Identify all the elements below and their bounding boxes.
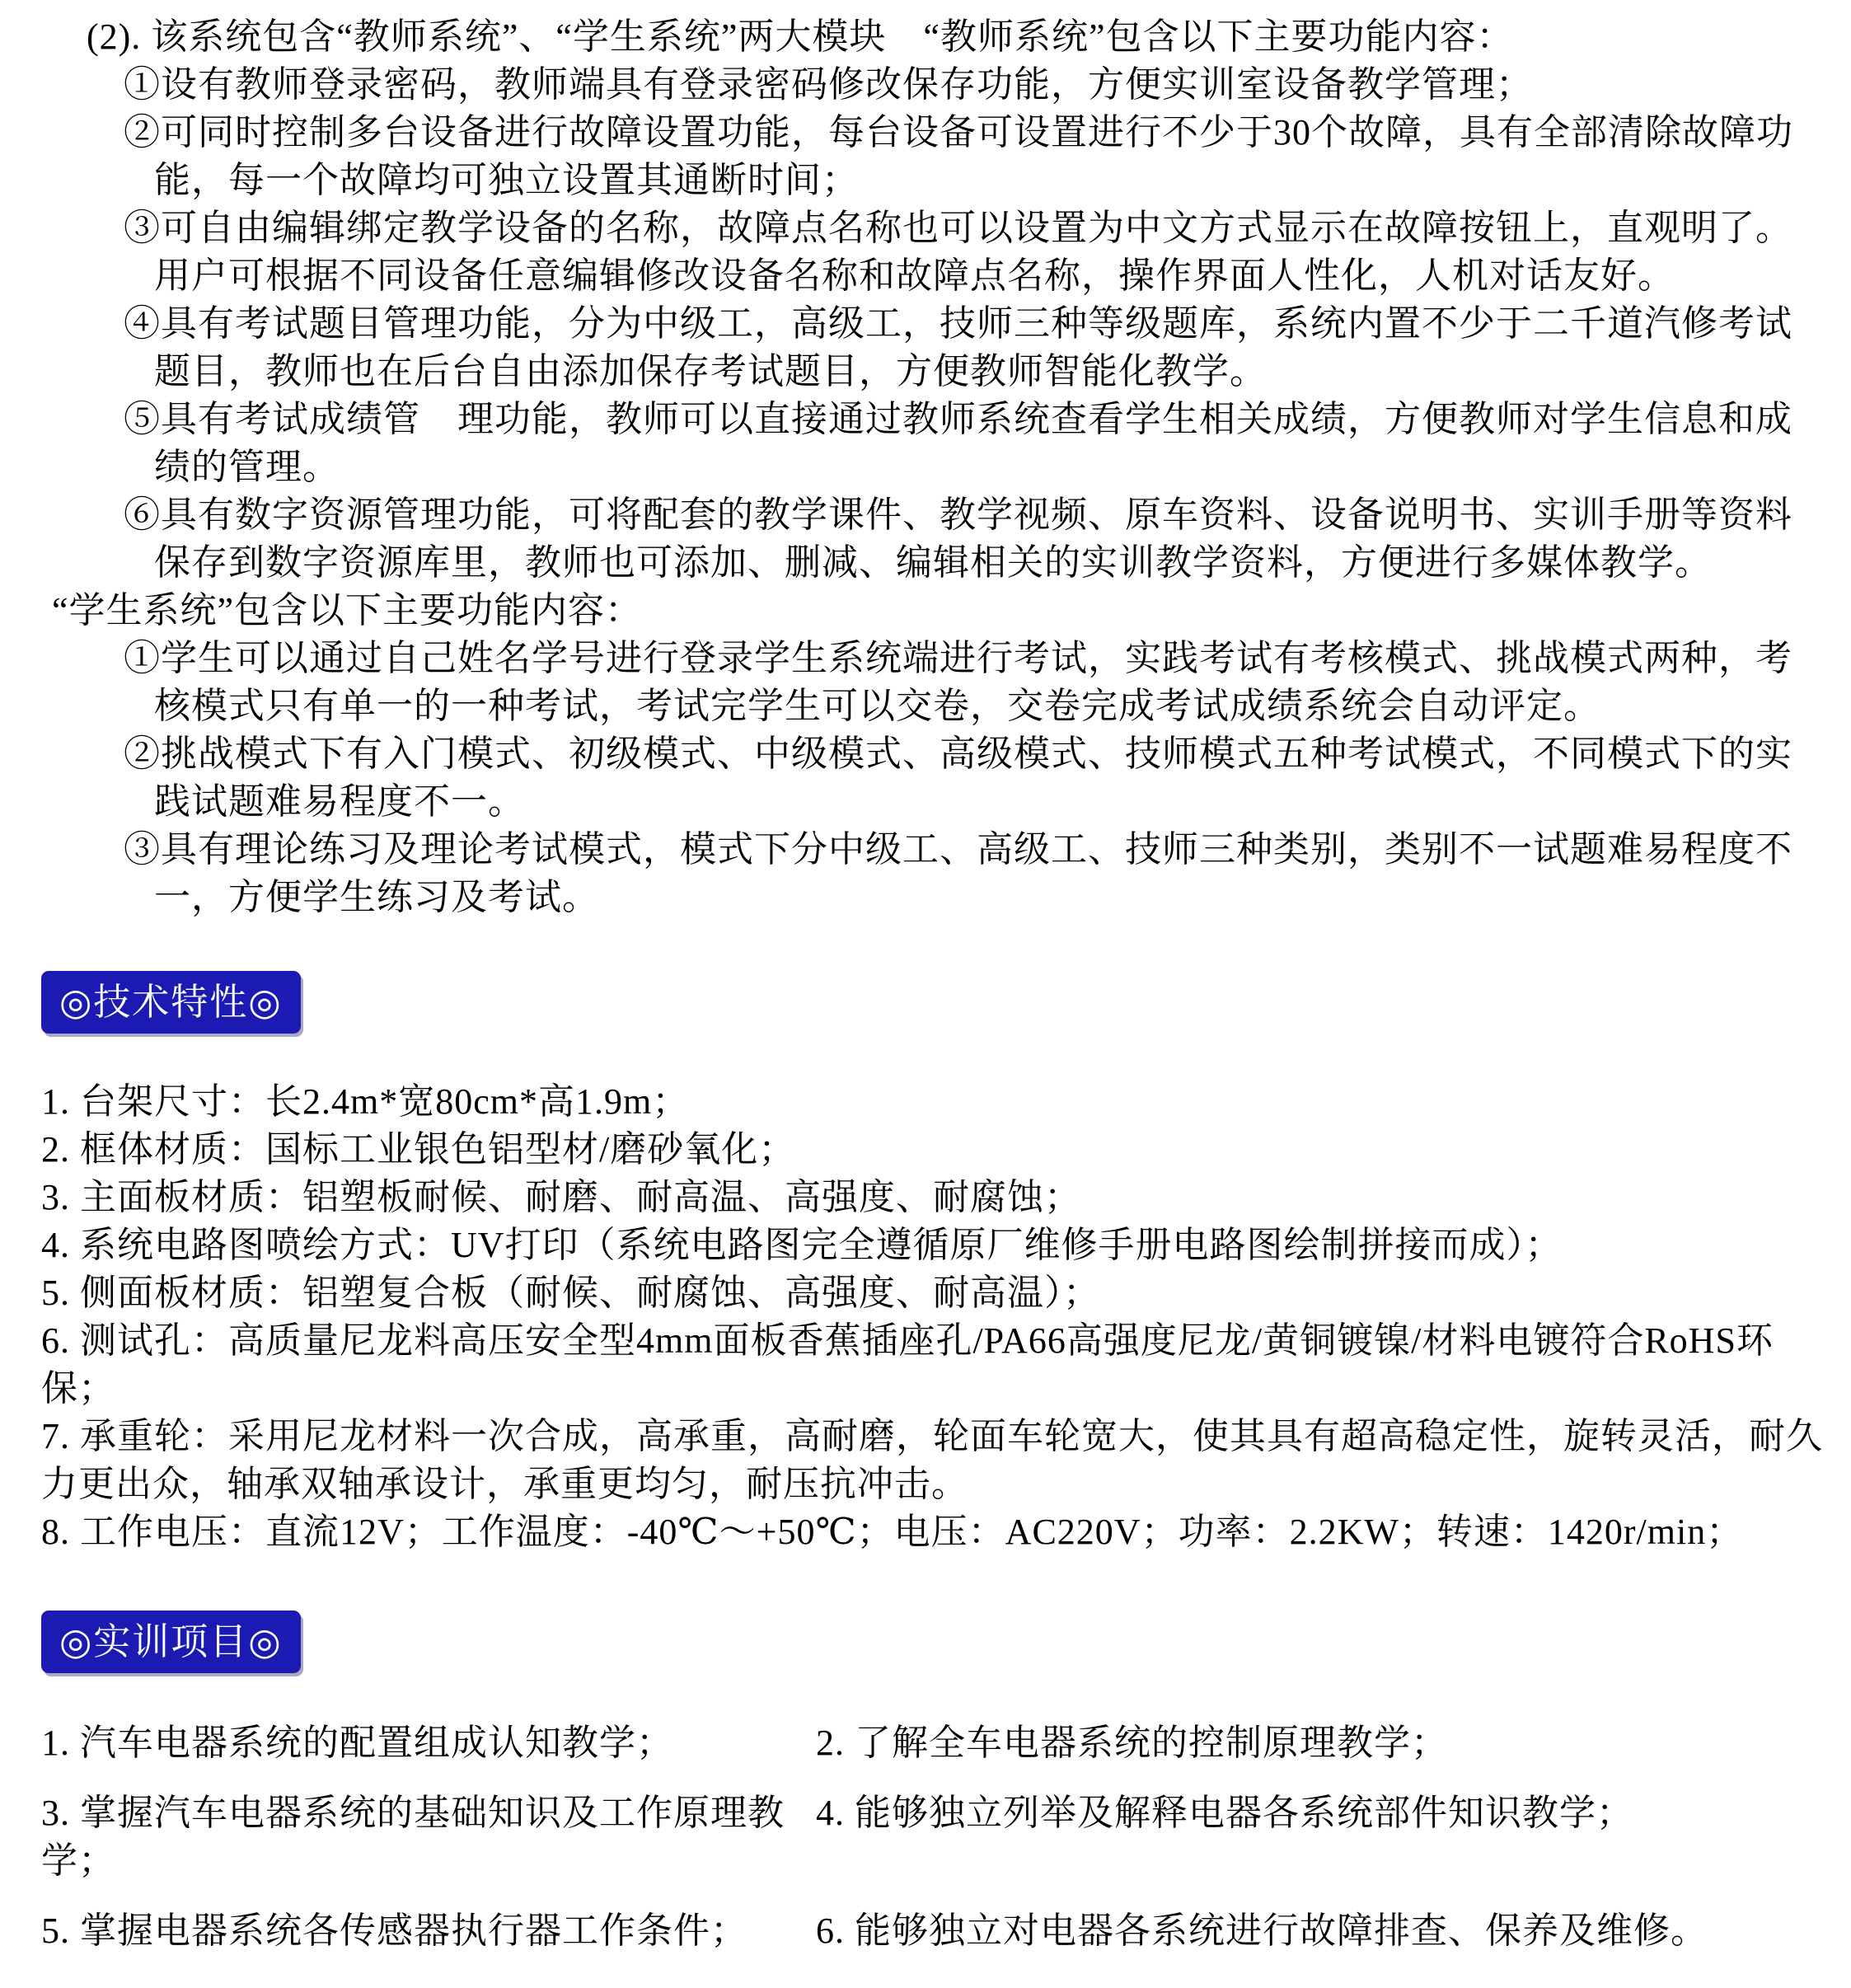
teacher-feature-item-2: ②可同时控制多台设备进行故障设置功能，每台设备可设置进行不少于30个故障，具有全… (41, 109, 1823, 204)
training-item-1: 1. 汽车电器系统的配置组成认知教学； (41, 1719, 816, 1767)
tech-spec-item-1: 1. 台架尺寸：长2.4m*宽80cm*高1.9m； (41, 1078, 1823, 1126)
tech-spec-item-6: 6. 测试孔：高质量尼龙料高压安全型4mm面板香蕉插座孔/PA66高强度尼龙/黄… (41, 1317, 1823, 1413)
student-feature-item-3: ③具有理论练习及理论考试模式，模式下分中级工、高级工、技师三种类别，类别不一试题… (41, 826, 1823, 921)
tech-spec-list: 1. 台架尺寸：长2.4m*宽80cm*高1.9m； 2. 框体材质：国标工业银… (41, 1078, 1823, 1556)
teacher-feature-item-3: ③可自由编辑绑定教学设备的名称，故障点名称也可以设置为中文方式显示在故障按钮上，… (41, 204, 1823, 300)
teacher-feature-item-4: ④具有考试题目管理功能，分为中级工，高级工，技师三种等级题库，系统内置不少于二千… (41, 300, 1823, 396)
document-page: (2). 该系统包含“教师系统”、“学生系统”两大模块 “教师系统”包含以下主要… (0, 0, 1851, 1988)
student-feature-item-1: ①学生可以通过自己姓名学号进行登录学生系统端进行考试，实践考试有考核模式、挑战模… (41, 635, 1823, 730)
teacher-feature-item-6: ⑥具有数字资源管理功能，可将配套的教学课件、教学视频、原车资料、设备说明书、实训… (41, 491, 1823, 587)
training-item-3: 3. 掌握汽车电器系统的基础知识及工作原理教学； (41, 1789, 816, 1885)
teacher-system-header: (2). 该系统包含“教师系统”、“学生系统”两大模块 “教师系统”包含以下主要… (87, 13, 1823, 61)
teacher-feature-item-5: ⑤具有考试成绩管 理功能，教师可以直接通过教师系统查看学生相关成绩，方便教师对学… (41, 396, 1823, 491)
student-system-section: “学生系统”包含以下主要功能内容： ①学生可以通过自己姓名学号进行登录学生系统端… (41, 587, 1823, 921)
tech-spec-item-2: 2. 框体材质：国标工业银色铝型材/磨砂氧化； (41, 1126, 1823, 1174)
training-item-4: 4. 能够独立列举及解释电器各系统部件知识教学； (816, 1789, 1823, 1885)
training-item-2: 2. 了解全车电器系统的控制原理教学； (816, 1719, 1823, 1767)
teacher-feature-item-1: ①设有教师登录密码，教师端具有登录密码修改保存功能，方便实训室设备教学管理； (41, 61, 1823, 109)
tech-spec-item-8: 8. 工作电压：直流12V；工作温度：-40℃～+50℃；电压：AC220V；功… (41, 1508, 1823, 1556)
teacher-system-section: (2). 该系统包含“教师系统”、“学生系统”两大模块 “教师系统”包含以下主要… (41, 13, 1823, 587)
training-projects-title-badge: ◎实训项目◎ (41, 1611, 301, 1673)
tech-spec-item-5: 5. 侧面板材质：铝塑复合板（耐候、耐腐蚀、高强度、耐高温）； (41, 1269, 1823, 1317)
training-item-5: 5. 掌握电器系统各传感器执行器工作条件； (41, 1907, 816, 1955)
tech-features-title-badge: ◎技术特性◎ (41, 971, 301, 1034)
student-system-header: “学生系统”包含以下主要功能内容： (52, 587, 1823, 635)
tech-spec-item-7: 7. 承重轮：采用尼龙材料一次合成，高承重，高耐磨，轮面车轮宽大，使其具有超高稳… (41, 1413, 1823, 1508)
tech-spec-item-4: 4. 系统电路图喷绘方式：UV打印（系统电路图完全遵循原厂维修手册电路图绘制拼接… (41, 1221, 1823, 1269)
training-item-6: 6. 能够独立对电器各系统进行故障排查、保养及维修。 (816, 1907, 1823, 1955)
tech-spec-item-3: 3. 主面板材质：铝塑板耐候、耐磨、耐高温、高强度、耐腐蚀； (41, 1174, 1823, 1221)
training-projects-list: 1. 汽车电器系统的配置组成认知教学； 2. 了解全车电器系统的控制原理教学； … (41, 1719, 1823, 1955)
student-feature-item-2: ②挑战模式下有入门模式、初级模式、中级模式、高级模式、技师模式五种考试模式，不同… (41, 730, 1823, 826)
